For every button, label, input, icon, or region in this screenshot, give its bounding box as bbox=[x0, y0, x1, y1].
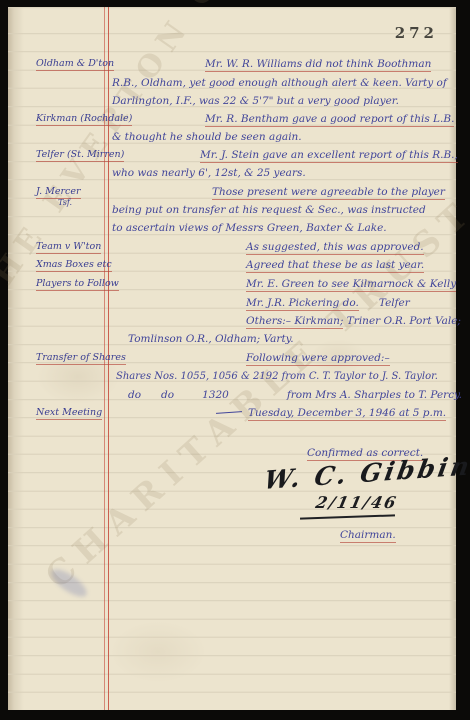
signature-date: 2/11/46 bbox=[314, 494, 399, 512]
minute-line: Mr. W. R. Williams did not think Boothma… bbox=[205, 57, 431, 72]
minute-line: Mr. R. Bentham gave a good report of thi… bbox=[205, 112, 454, 127]
minute-line: Tuesday, December 3, 1946 at 5 p.m. bbox=[216, 406, 446, 421]
margin-note: Kirkman (Rochdale) bbox=[36, 112, 132, 125]
minute-line: dodo1320from Mrs A. Sharples to T. Percy… bbox=[128, 388, 462, 403]
minute-line: & thought he should be seen again. bbox=[112, 130, 302, 145]
minute-line: Mr. E. Green to see Kilmarnock & Kelly bbox=[246, 277, 456, 292]
ledger-page: THE EVERTON COLLECTION CHARITABLE TRUST … bbox=[8, 7, 456, 710]
margin-note: Oldham & D'ton bbox=[36, 57, 114, 70]
minute-line: to ascertain views of Messrs Green, Baxt… bbox=[112, 221, 387, 236]
margin-note: Telfer (St. Mirren) bbox=[36, 148, 124, 161]
minute-line: As suggested, this was approved. bbox=[246, 240, 424, 255]
minute-line: Tomlinson O.R., Oldham; Varty. bbox=[128, 332, 294, 347]
minute-line: R.B., Oldham, yet good enough although a… bbox=[112, 76, 447, 91]
minute-line: Shares Nos. 1055, 1056 & 2192 from C. T.… bbox=[116, 369, 438, 384]
minute-line: being put on transfer at his request & S… bbox=[112, 203, 426, 218]
pen-dash bbox=[216, 411, 242, 414]
margin-note: Transfer of Shares bbox=[36, 351, 126, 364]
minute-line: Mr. J. Stein gave an excellent report of… bbox=[200, 148, 458, 163]
minute-line: Mr. J.R. Pickering do.Telfer bbox=[246, 296, 410, 311]
photo-background: THE EVERTON COLLECTION CHARITABLE TRUST … bbox=[0, 0, 470, 720]
margin-note: J. Mercer bbox=[36, 185, 81, 198]
margin-note: Players to Follow bbox=[36, 277, 119, 290]
minute-line: Darlington, I.F., was 22 & 5'7" but a ve… bbox=[112, 94, 399, 109]
margin-note: Next Meeting bbox=[36, 406, 102, 419]
minute-line: who was nearly 6', 12st, & 25 years. bbox=[112, 166, 306, 181]
margin-note: Team v W'ton bbox=[36, 240, 101, 253]
signature-underline bbox=[300, 514, 395, 519]
minute-line: Agreed that these be as last year. bbox=[246, 258, 424, 273]
margin-note: Xmas Boxes etc bbox=[36, 258, 112, 271]
minute-line: Following were approved:– bbox=[246, 351, 390, 366]
minute-line: Those present were agreeable to the play… bbox=[212, 185, 445, 200]
page-number: 272 bbox=[395, 24, 438, 42]
minute-line: Others:– Kirkman; Triner O.R. Port Vale; bbox=[246, 314, 461, 329]
chairman-label: Chairman. bbox=[340, 528, 396, 543]
ink-smudge bbox=[47, 564, 91, 601]
margin-note-sub: Tsf. bbox=[58, 198, 72, 208]
